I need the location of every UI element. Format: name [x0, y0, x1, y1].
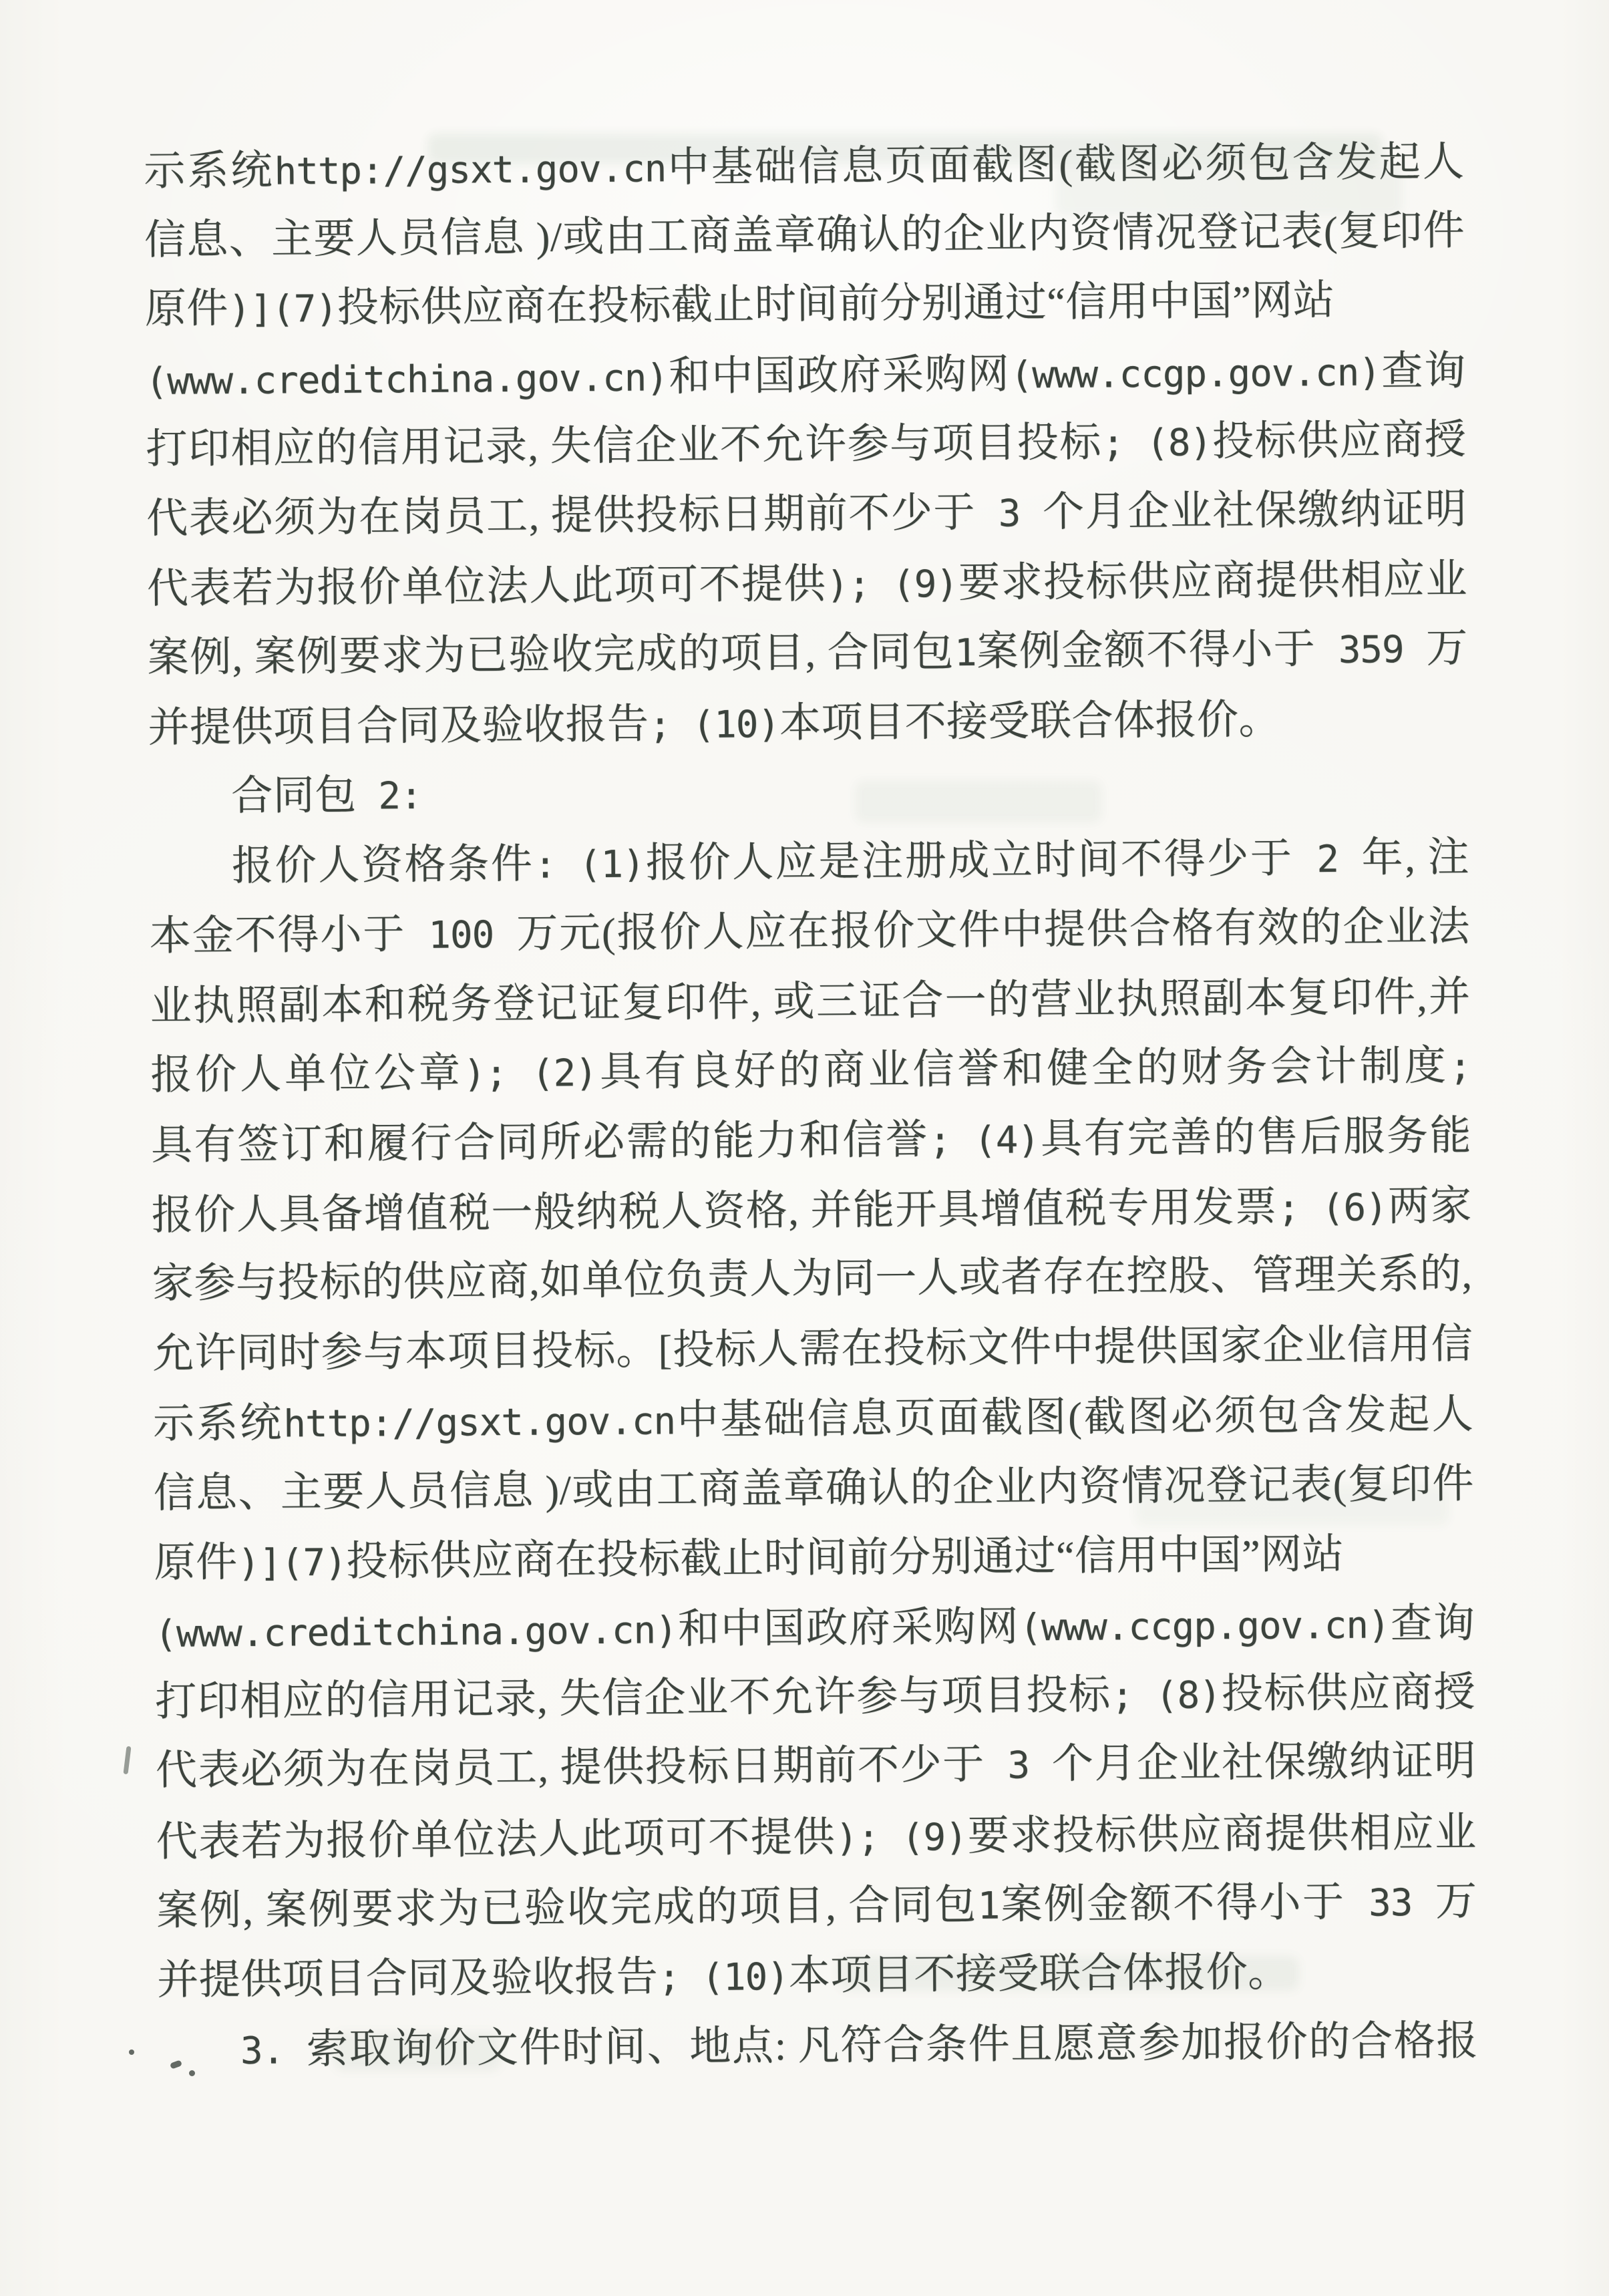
text-line: 报价人资格条件: (1)报价人应是注册成立时间不得少于 2 年, 注册资 — [149, 822, 1470, 902]
text-line: 代表若为报价单位法人此项可不提供); (9)要求投标供应商提供相应业绩、 — [147, 545, 1468, 625]
latin-text-run: ; (8) — [1111, 1673, 1221, 1717]
text-line: 业执照副本和税务登记证复印件, 或三证合一的营业执照副本复印件,并加盖 — [150, 963, 1471, 1042]
text-line: 3. 索取询价文件时间、地点: 凡符合条件且愿意参加报价的合格报价人 — [158, 2006, 1479, 2086]
latin-text-run: ; (10) — [658, 1955, 789, 1999]
latin-text-run: 2: — [357, 774, 422, 818]
latin-text-run: ; (10) — [649, 703, 779, 747]
text-line: 并提供项目合同及验收报告; (10)本项目不接受联合体报价。 — [157, 1936, 1478, 2015]
latin-text-run: 3. — [240, 2029, 307, 2073]
latin-text-run: ); (9) — [836, 1816, 967, 1860]
text-line: 原件)](7)投标供应商在投标截止时间前分别通过“信用中国”网站 — [154, 1518, 1475, 1598]
text-line: 案例, 案例要求为已验收完成的项目, 合同包1案例金额不得小于 33 万元, — [156, 1866, 1477, 1946]
latin-text-run: 3 — [985, 1744, 1052, 1788]
latin-text-run: )](7) — [228, 287, 337, 331]
latin-text-run: ); (9) — [826, 562, 958, 607]
ink-speck — [123, 1746, 131, 1775]
text-line: 示系统http://gsxt.gov.cn中基础信息页面截图(截图必须包含发起人… — [153, 1380, 1474, 1460]
text-line: 代表若为报价单位法人此项可不提供); (9)要求投标供应商提供相应业绩、 — [156, 1798, 1477, 1877]
latin-text-run: (www.ccgp.gov.cn) — [1010, 351, 1381, 397]
latin-text-run: http://gsxt.gov.cn — [274, 147, 666, 193]
text-line: 原件)](7)投标供应商在投标截止时间前分别通过“信用中国”网站 — [145, 265, 1466, 345]
latin-text-run: http://gsxt.gov.cn — [283, 1400, 675, 1446]
text-line: 示系统http://gsxt.gov.cn中基础信息页面截图(截图必须包含发起人… — [144, 128, 1465, 207]
latin-text-run: : (1) — [534, 842, 645, 886]
text-line: 具有签订和履行合同所必需的能力和信誉; (4)具有完善的售后服务能力; (5) — [151, 1101, 1472, 1180]
text-line: (www.creditchina.gov.cn)和中国政府采购网(www.ccg… — [145, 336, 1466, 416]
document-body: 示系统http://gsxt.gov.cn中基础信息页面截图(截图必须包含发起人… — [144, 127, 1478, 2086]
text-line: 信息、主要人员信息 )/或由工商盖章确认的企业内资情况登记表(复印件或 — [154, 1449, 1475, 1528]
text-line: 并提供项目合同及验收报告; (10)本项目不接受联合体报价。 — [148, 683, 1469, 763]
ink-speck — [129, 2049, 134, 2055]
latin-text-run: 100 — [405, 913, 516, 957]
text-line: (www.creditchina.gov.cn)和中国政府采购网(www.ccg… — [154, 1589, 1475, 1668]
latin-text-run: ; (8) — [1102, 421, 1212, 465]
latin-text-run: )](7) — [237, 1541, 346, 1585]
latin-text-run: (www.creditchina.gov.cn) — [145, 356, 668, 403]
text-line: 信息、主要人员信息 )/或由工商盖章确认的企业内资情况登记表(复印件或 — [144, 196, 1465, 276]
latin-text-run: 1 — [978, 1884, 1000, 1927]
text-line: 报价人具备增值税一般纳税人资格, 并能开具增值税专用发票; (6)两家或多 — [151, 1171, 1472, 1251]
text-line: 案例, 案例要求为已验收完成的项目, 合同包1案例金额不得小于 359 万元, — [147, 614, 1468, 693]
latin-text-run: ; (3) — [151, 1045, 1471, 1111]
latin-text-run: (www.ccgp.gov.cn) — [1019, 1603, 1390, 1649]
latin-text-run: 3 — [976, 492, 1043, 536]
text-line: 家参与投标的供应商,如单位负责人为同一人或者存在控股、管理关系的, 不 — [152, 1239, 1473, 1319]
text-line: 报价人单位公章); (2)具有良好的商业信誉和健全的财务会计制度; (3) — [150, 1031, 1471, 1111]
latin-text-run: 359 — [1316, 628, 1426, 672]
latin-text-run: (www.creditchina.gov.cn) — [154, 1609, 677, 1656]
text-line: 打印相应的信用记录, 失信企业不允许参与项目投标; (8)投标供应商授权 — [146, 405, 1467, 484]
latin-text-run: 2 — [1293, 838, 1362, 882]
text-line: 代表必须为在岗员工, 提供投标日期前不少于 3 个月企业社保缴纳证明(授权 — [146, 474, 1467, 554]
text-line: 本金不得小于 100 万元(报价人应在报价文件中提供合格有效的企业法人营 — [149, 892, 1470, 972]
text-line: 合同包 2: — [148, 752, 1469, 832]
latin-text-run: 1 — [954, 631, 976, 675]
latin-text-run: ); (2) — [464, 1052, 597, 1096]
text-line: 允许同时参与本项目投标。[投标人需在投标文件中提供国家企业信用信息公 — [152, 1310, 1473, 1389]
text-line: 打印相应的信用记录, 失信企业不允许参与项目投标; (8)投标供应商授权 — [155, 1658, 1476, 1738]
latin-text-run: 33 — [1345, 1881, 1435, 1925]
document-page: 示系统http://gsxt.gov.cn中基础信息页面截图(截图必须包含发起人… — [0, 0, 1609, 2296]
latin-text-run: ; (4) — [929, 1118, 1040, 1162]
text-line: 代表必须为在岗员工, 提供投标日期前不少于 3 个月企业社保缴纳证明(授权 — [156, 1727, 1477, 1806]
latin-text-run: ; (6) — [1277, 1186, 1387, 1230]
